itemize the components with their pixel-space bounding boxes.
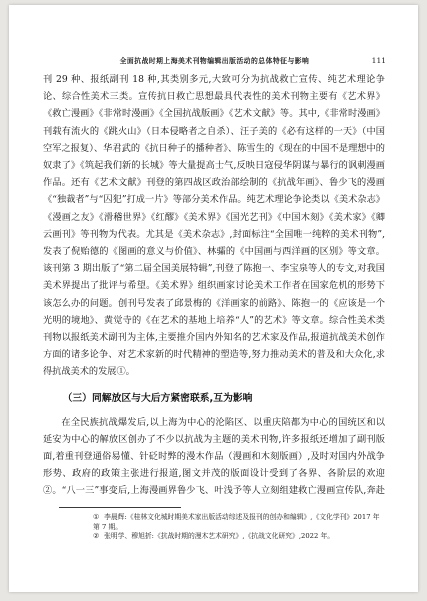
body-text: 刊 29 种、报纸副刊 18 种,其类别多元,大致可分为抗战救亡宣传、纯艺术理论… — [43, 71, 385, 503]
paragraph-1: 刊 29 种、报纸副刊 18 种,其类别多元,大致可分为抗战救亡宣传、纯艺术理论… — [43, 71, 385, 381]
page-number: 111 — [372, 55, 386, 67]
footnote-separator — [59, 507, 181, 508]
footnote-2: ②张明学、穆旭折:《抗战时期的漫木艺术研究》,《抗战文化研究》,2022 年。 — [43, 532, 385, 542]
footnote-1-marker: ① — [93, 513, 99, 521]
running-title: 全面抗战时期上海美术刊物编辑出版活动的总体特征与影响 — [43, 55, 386, 67]
section-heading: （三）同解放区与大后方紧密联系,互为影响 — [43, 392, 385, 406]
page-header: 全面抗战时期上海美术刊物编辑出版活动的总体特征与影响 111 — [43, 55, 386, 67]
footnote-1: ①李晨辉:《桂林文化城时期美术家出版活动综述及报刊的创办和编辑》,《文化学刊》2… — [43, 513, 385, 532]
footnote-2-text: 张明学、穆旭折:《抗战时期的漫木艺术研究》,《抗战文化研究》,2022 年。 — [104, 532, 334, 540]
footnote-2-marker: ② — [93, 532, 99, 540]
footnote-1-text: 李晨辉:《桂林文化城时期美术家出版活动综述及报刊的创办和编辑》,《文化学刊》20… — [93, 513, 380, 531]
document-page: 全面抗战时期上海美术刊物编辑出版活动的总体特征与影响 111 刊 29 种、报纸… — [9, 5, 418, 592]
paragraph-2: 在全民族抗战爆发后,以上海为中心的沦陷区、以重庆陪都为中心的国统区和以延安为中心… — [43, 414, 385, 503]
footnote-area: ①李晨辉:《桂林文化城时期美术家出版活动综述及报刊的创办和编辑》,《文化学刊》2… — [43, 507, 385, 542]
